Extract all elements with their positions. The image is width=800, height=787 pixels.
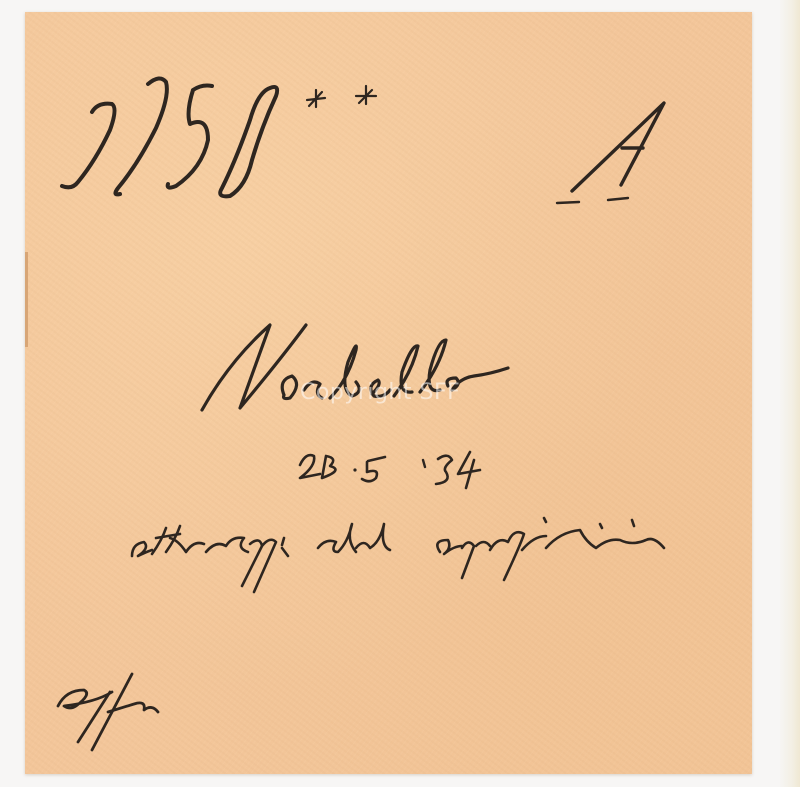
- catalog-number: 3258: [60, 100, 213, 170]
- date: 23.5.34: [298, 450, 405, 483]
- copyright-watermark: Copyright SFF: [300, 380, 460, 405]
- note: affa: [58, 680, 123, 720]
- series-letter: A: [575, 100, 618, 170]
- catalog-marks: **: [305, 82, 329, 110]
- description: attrezzi del caseificio: [130, 522, 517, 563]
